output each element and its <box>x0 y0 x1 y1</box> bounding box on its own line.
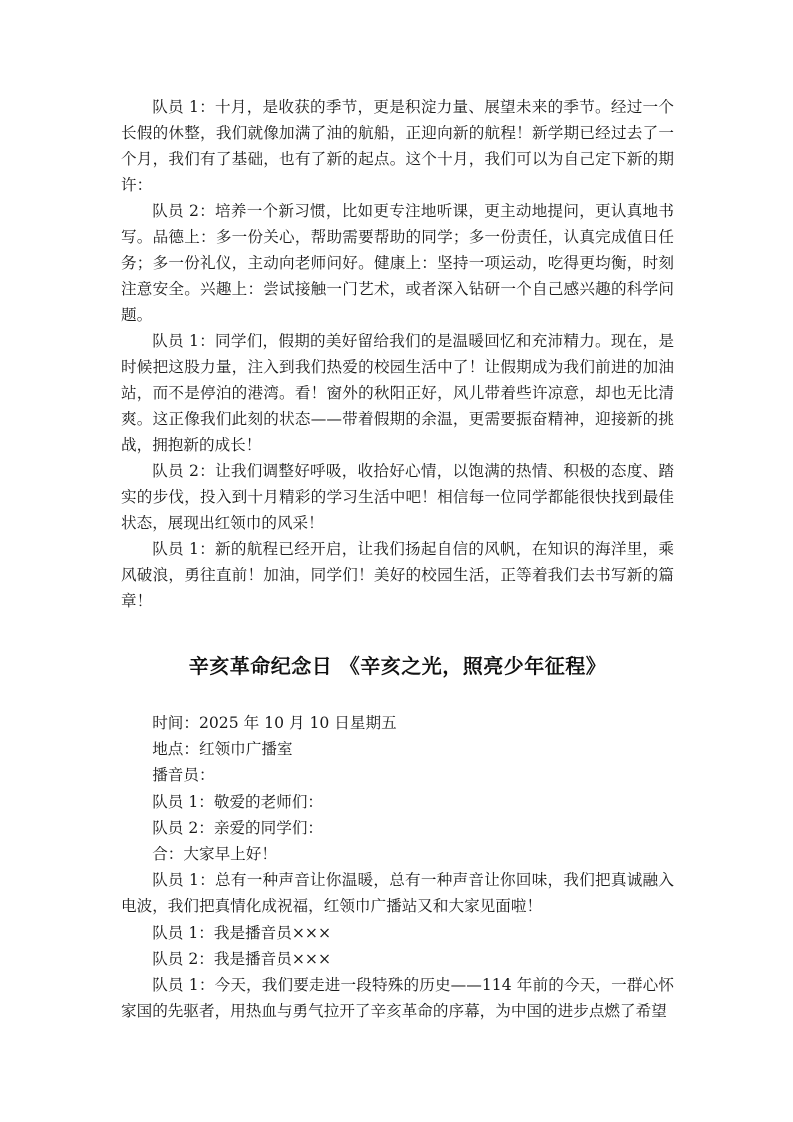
document-section-october: 队员 1：十月，是收获的季节，更是积淀力量、展望未来的季节。经过一个长假的休整，… <box>121 94 674 614</box>
location-line: 地点：红领巾广播室 <box>121 736 674 762</box>
paragraph: 队员 1：十月，是收获的季节，更是积淀力量、展望未来的季节。经过一个长假的休整，… <box>121 94 674 198</box>
paragraph: 队员 1：敬爱的老师们： <box>121 789 674 815</box>
paragraph: 队员 1：新的航程已经开启，让我们扬起自信的风帆，在知识的海洋里，乘风破浪，勇往… <box>121 536 674 614</box>
paragraph: 队员 1：我是播音员××× <box>121 920 674 946</box>
paragraph: 队员 2：我是播音员××× <box>121 946 674 972</box>
document-section-xinhai: 时间：2025 年 10 月 10 日星期五 地点：红领巾广播室 播音员： 队员… <box>121 710 674 1024</box>
paragraph: 合：大家早上好！ <box>121 841 674 867</box>
paragraph: 队员 1：同学们，假期的美好留给我们的是温暖回忆和充沛精力。现在，是时候把这股力… <box>121 328 674 458</box>
announcers-label: 播音员： <box>121 762 674 788</box>
paragraph: 队员 2：让我们调整好呼吸，收拾好心情，以饱满的热情、积极的态度、踏实的步伐，投… <box>121 458 674 536</box>
paragraph: 队员 1：今天，我们要走进一段特殊的历史——114 年前的今天，一群心怀家国的先… <box>121 972 674 1024</box>
paragraph: 队员 2：培养一个新习惯，比如更专注地听课，更主动地提问，更认真地书写。品德上：… <box>121 198 674 328</box>
time-line: 时间：2025 年 10 月 10 日星期五 <box>121 710 674 736</box>
paragraph: 队员 2：亲爱的同学们： <box>121 815 674 841</box>
section-title: 辛亥革命纪念日 《辛亥之光，照亮少年征程》 <box>121 651 674 681</box>
paragraph: 队员 1：总有一种声音让你温暖，总有一种声音让你回味，我们把真诚融入电波，我们把… <box>121 867 674 919</box>
